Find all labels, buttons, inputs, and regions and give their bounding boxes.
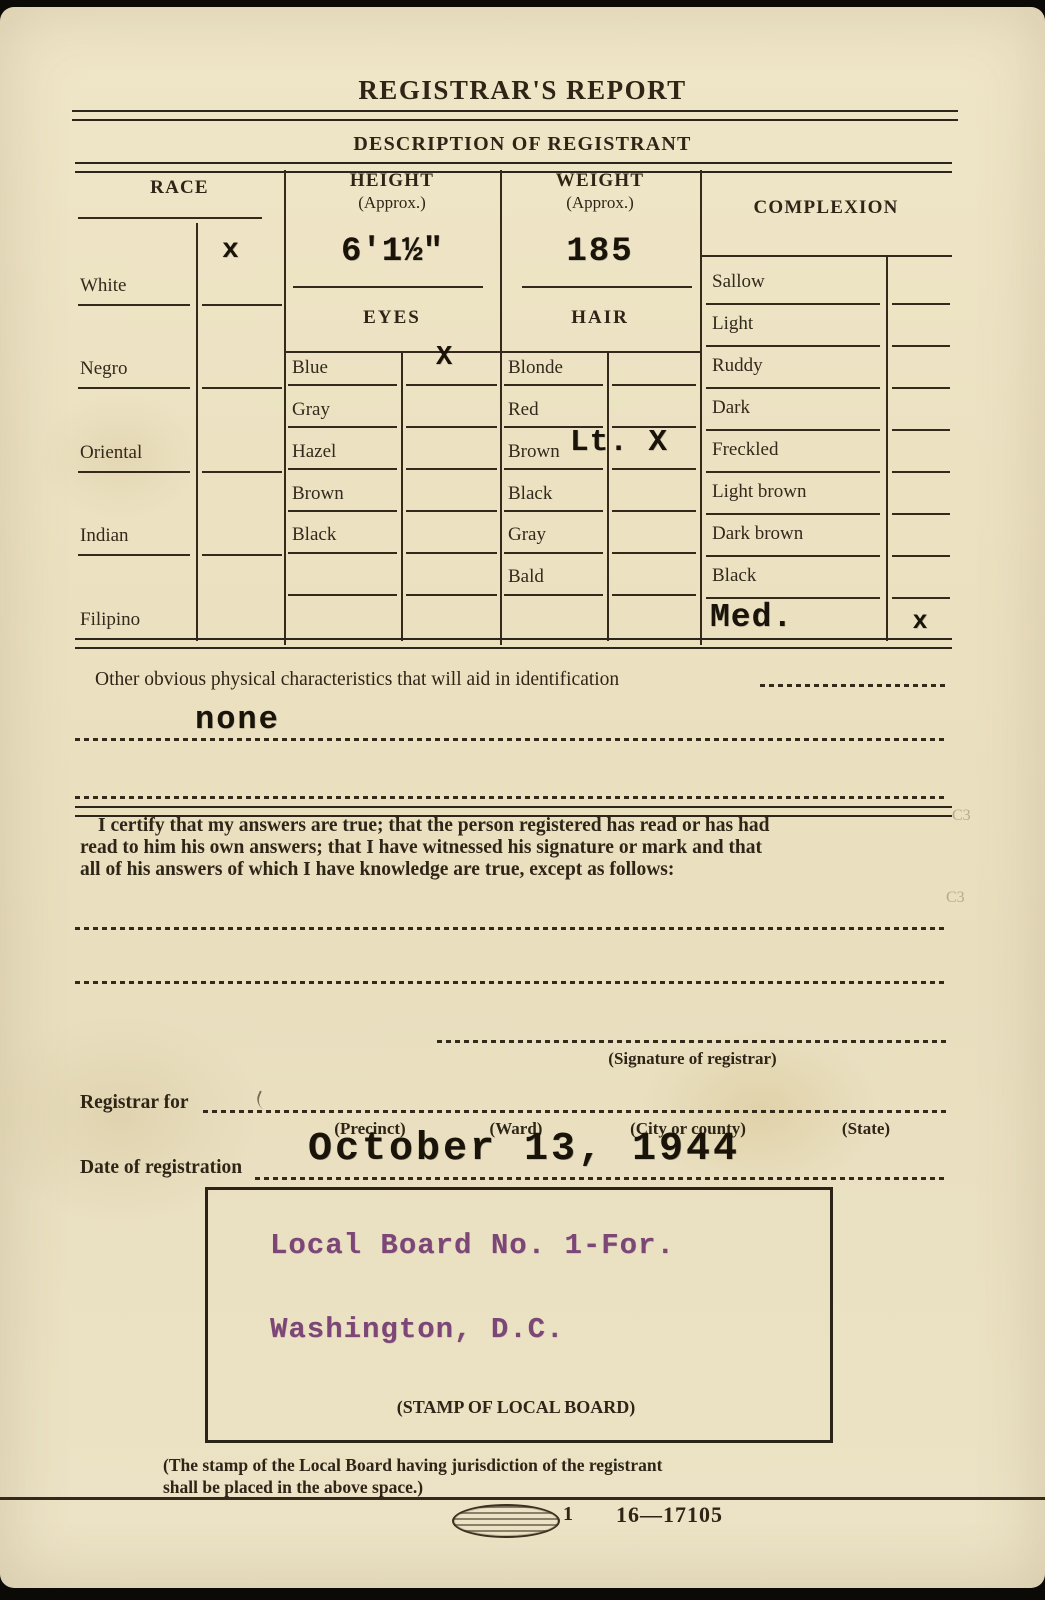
signature-caption: (Signature of registrar) (437, 1049, 948, 1069)
complexion-row-line (706, 303, 880, 305)
divider-eyes-mark (401, 351, 403, 641)
hair-option-brown: Brown (508, 441, 560, 463)
race-white-mark: x (222, 235, 239, 266)
hair-mark-line (612, 594, 696, 596)
other-characteristics-trailing-dashes (760, 684, 948, 687)
eyes-mark-line (406, 594, 497, 596)
eyes-mark-line (406, 468, 497, 470)
registration-date-line (255, 1177, 948, 1180)
hair-mark-line (612, 552, 696, 554)
complexion-option-light-brown: Light brown (712, 481, 806, 503)
footnote-line-1: (The stamp of the Local Board having jur… (163, 1455, 662, 1476)
complexion-row-line (706, 555, 880, 557)
complexion-mark-line (892, 345, 950, 347)
footnote-line-2: shall be placed in the above space.) (163, 1477, 423, 1498)
complexion-typed-mark: x (898, 607, 942, 636)
eyes-row-line (288, 552, 397, 554)
hair-typed-note: Lt. X (570, 425, 668, 460)
complexion-mark-line (892, 555, 950, 557)
race-header-underline (78, 217, 262, 219)
hair-row-line (504, 552, 603, 554)
other-characteristics-value: none (195, 701, 280, 738)
exception-line-2 (75, 981, 948, 984)
eyes-option-gray: Gray (292, 399, 330, 421)
hair-mark-line (612, 510, 696, 512)
hair-row-line (504, 510, 603, 512)
local-board-stamp-line-2: Washington, D.C. (270, 1313, 564, 1346)
divider-weight-complexion (700, 170, 702, 645)
eyes-mark-line (406, 384, 497, 386)
race-row-line (78, 387, 190, 389)
printer-union-emblem (452, 1504, 560, 1538)
height-value-underline (293, 286, 483, 288)
registration-date-label: Date of registration (80, 1157, 242, 1179)
eyes-option-black: Black (292, 524, 336, 546)
eyes-row-line (288, 426, 397, 428)
complexion-row-line (706, 513, 880, 515)
complexion-typed-value: Med. (710, 599, 793, 636)
scanned-page: REGISTRAR'S REPORT DESCRIPTION OF REGIST… (0, 0, 1045, 1600)
eyes-blue-mark: X (436, 343, 452, 373)
eyes-option-blue: Blue (292, 357, 328, 379)
hair-option-bald: Bald (508, 566, 544, 588)
footer-rule (0, 1497, 1045, 1500)
height-header: HEIGHT (284, 170, 500, 192)
complexion-mark-line (892, 303, 950, 305)
race-mark-line (202, 471, 282, 473)
eyes-mark-line (406, 426, 497, 428)
hair-row-line (504, 468, 603, 470)
weight-approx-label: (Approx.) (500, 193, 700, 213)
certification-line-3: all of his answers of which I have knowl… (80, 859, 960, 881)
complexion-option-light: Light (712, 313, 753, 335)
complexion-row-line (706, 471, 880, 473)
race-row-line (78, 304, 190, 306)
eyes-option-hazel: Hazel (292, 441, 336, 463)
title-divider (72, 110, 958, 121)
weight-value: 185 (500, 233, 700, 271)
registrar-signature-line (437, 1040, 948, 1043)
registration-date-value: October 13, 1944 (308, 1127, 740, 1172)
eyes-header-underline (284, 351, 500, 353)
hair-row-line (504, 426, 603, 428)
complexion-option-dark: Dark (712, 397, 750, 419)
other-characteristics-label: Other obvious physical characteristics t… (95, 669, 619, 691)
complexion-option-dark-brown: Dark brown (712, 523, 803, 545)
complexion-row-line (706, 345, 880, 347)
hair-mark-line (612, 426, 696, 428)
divider-complexion-mark (886, 255, 888, 641)
eyes-mark-line (406, 510, 497, 512)
eyes-header: EYES (284, 307, 500, 329)
complexion-row-line (706, 429, 880, 431)
section-subtitle: DESCRIPTION OF REGISTRANT (0, 133, 1045, 156)
race-option-white: White (80, 275, 126, 297)
registrar-for-line (203, 1110, 948, 1113)
footer-page-number: 1 (563, 1503, 573, 1526)
weight-header: WEIGHT (500, 170, 700, 192)
eyes-row-line (288, 384, 397, 386)
complexion-row-line (706, 387, 880, 389)
report-title: REGISTRAR'S REPORT (0, 75, 1045, 106)
complexion-option-ruddy: Ruddy (712, 355, 763, 377)
complexion-mark-line (892, 471, 950, 473)
hair-option-red: Red (508, 399, 539, 421)
divider-race-height (284, 170, 286, 645)
local-board-stamp-line-1: Local Board No. 1-For. (270, 1229, 675, 1262)
state-sublabel: (State) (816, 1119, 916, 1139)
complexion-option-freckled: Freckled (712, 439, 778, 461)
complexion-mark-line (892, 429, 950, 431)
height-value: 6'1½" (292, 233, 492, 271)
stamp-box-caption: (STAMP OF LOCAL BOARD) (205, 1397, 827, 1418)
registrar-for-label: Registrar for (80, 1092, 188, 1114)
race-header: RACE (75, 177, 284, 199)
hair-option-blonde: Blonde (508, 357, 563, 379)
hair-option-gray: Gray (508, 524, 546, 546)
hair-row-line (504, 594, 603, 596)
height-approx-label: (Approx.) (284, 193, 500, 213)
race-option-filipino: Filipino (80, 609, 140, 631)
exception-line-1 (75, 927, 948, 930)
hair-header-underline (500, 351, 700, 353)
footer-form-number: 16—17105 (616, 1502, 723, 1528)
weight-value-underline (522, 286, 692, 288)
race-option-indian: Indian (80, 525, 129, 547)
complexion-mark-line (892, 387, 950, 389)
race-option-oriental: Oriental (80, 442, 142, 464)
eyes-row-line (288, 468, 397, 470)
certification-line-1: I certify that my answers are true; that… (80, 815, 960, 837)
eyes-option-brown: Brown (292, 483, 344, 505)
divider-hair-mark (607, 351, 609, 641)
hair-mark-line (612, 384, 696, 386)
complexion-header: COMPLEXION (700, 197, 952, 219)
race-mark-line (202, 554, 282, 556)
eyes-mark-line (406, 552, 497, 554)
table-bottom-rule (75, 638, 952, 649)
divider-race-mark (196, 223, 198, 641)
complexion-option-sallow: Sallow (712, 271, 765, 293)
hair-mark-line (612, 468, 696, 470)
race-row-line (78, 554, 190, 556)
eyes-row-line (288, 510, 397, 512)
eyes-row-line (288, 594, 397, 596)
complexion-mark-line (892, 513, 950, 515)
certification-line-2: read to him his own answers; that I have… (80, 837, 960, 859)
race-mark-line (202, 304, 282, 306)
registration-card: REGISTRAR'S REPORT DESCRIPTION OF REGIST… (0, 7, 1045, 1588)
characteristics-answer-line (75, 738, 948, 741)
characteristics-answer-line-2 (75, 796, 948, 799)
bleed-mark: C3 (952, 807, 971, 825)
bleed-mark: C3 (946, 889, 965, 907)
race-mark-line (202, 387, 282, 389)
race-option-negro: Negro (80, 358, 127, 380)
hair-option-black: Black (508, 483, 552, 505)
pen-mark (253, 1090, 274, 1111)
complexion-top-line (700, 255, 952, 257)
complexion-option-black: Black (712, 565, 756, 587)
hair-row-line (504, 384, 603, 386)
hair-header: HAIR (500, 307, 700, 329)
complexion-mark-line (892, 597, 950, 599)
race-row-line (78, 471, 190, 473)
